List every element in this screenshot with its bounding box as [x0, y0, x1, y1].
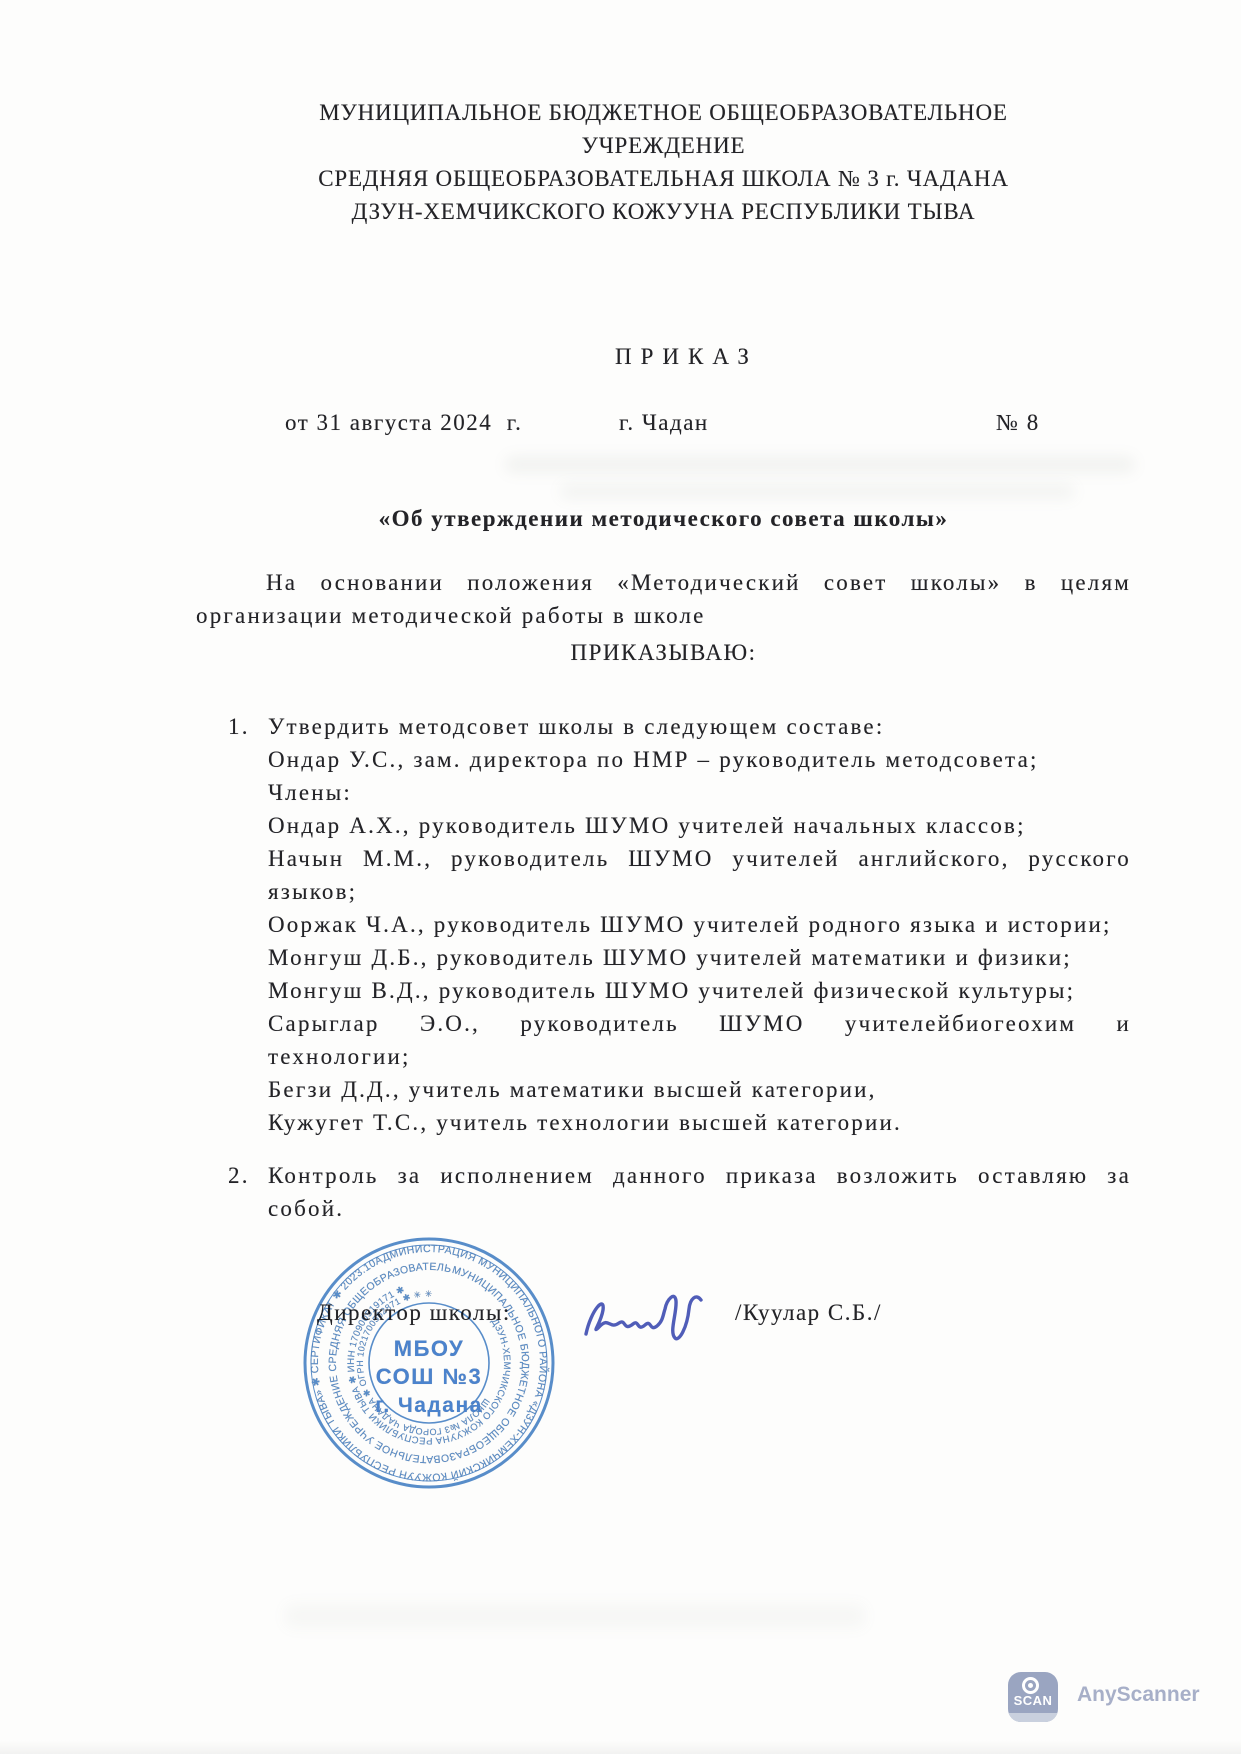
- scan-bleed-artifact: [560, 484, 1075, 499]
- scan-bleed-artifact: [285, 1604, 865, 1628]
- order-item-line: Члены:: [268, 776, 1131, 809]
- organization-header-line: СРЕДНЯЯ ОБЩЕОБРАЗОВАТЕЛЬНАЯ ШКОЛА № 3 г.…: [196, 162, 1131, 195]
- signature-name: /Куулар С.Б./: [735, 1300, 882, 1326]
- scan-icon-strip: [1008, 1713, 1058, 1722]
- order-item-line: Ооржак Ч.А., руководитель ШУМО учителей …: [268, 908, 1131, 941]
- scan-shadow-bottom: [0, 1740, 1241, 1754]
- organization-header: МУНИЦИПАЛЬНОЕ БЮДЖЕТНОЕ ОБЩЕОБРАЗОВАТЕЛЬ…: [196, 96, 1131, 228]
- organization-header-line: УЧРЕЖДЕНИЕ: [196, 129, 1131, 162]
- anyscanner-watermark: SCAN AnyScanner: [1008, 1672, 1218, 1724]
- order-item-line: Утвердить методсовет школы в следующем с…: [268, 710, 1131, 743]
- order-item-line: технологии;: [268, 1040, 1131, 1073]
- order-item-2: 2. Контроль за исполнением данного прика…: [196, 1159, 1131, 1225]
- school-round-stamp: АДМИНИСТРАЦИЯ МУНИЦИПАЛЬНОГО РАЙОНА «ДЗУ…: [300, 1234, 558, 1492]
- handwritten-signature: [578, 1280, 708, 1355]
- order-number: № 8: [996, 406, 1040, 439]
- anyscanner-app-icon: SCAN: [1008, 1672, 1058, 1722]
- order-item-line: Контроль за исполнением данного приказа …: [268, 1159, 1131, 1192]
- order-item-line: Ондар У.С., зам. директора по НМР – руко…: [268, 743, 1131, 776]
- order-date: от 31 августа 2024 г.: [285, 406, 522, 439]
- camera-lens-dot: [1028, 1683, 1033, 1688]
- order-item-line: собой.: [268, 1192, 1131, 1225]
- order-item-line: Бегзи Д.Д., учитель математики высшей ка…: [268, 1073, 1131, 1106]
- organization-header-line: ДЗУН-ХЕМЧИКСКОГО КОЖУУНА РЕСПУБЛИКИ ТЫВА: [196, 195, 1131, 228]
- order-item-line: Монгуш В.Д., руководитель ШУМО учителей …: [268, 974, 1131, 1007]
- order-item-1: 1. Утвердить методсовет школы в следующе…: [196, 710, 1131, 1139]
- order-place: г. Чадан: [619, 406, 709, 439]
- order-heading: ПРИКАЗ: [196, 344, 1131, 370]
- order-meta-row: от 31 августа 2024 г. г. Чадан № 8: [196, 406, 1131, 439]
- resolution-heading: ПРИКАЗЫВАЮ:: [196, 640, 1131, 666]
- order-items: 1. Утвердить методсовет школы в следующе…: [196, 710, 1131, 1225]
- order-item-line: Сарыглар Э.О., руководитель ШУМО учителе…: [268, 1007, 1131, 1040]
- preamble-line: организации методической работы в школе: [196, 599, 1131, 632]
- order-item-line: Начын М.М., руководитель ШУМО учителей а…: [268, 842, 1131, 875]
- item-number: 2.: [228, 1159, 250, 1192]
- stamp-outer-border: [305, 1239, 553, 1487]
- organization-header-line: МУНИЦИПАЛЬНОЕ БЮДЖЕТНОЕ ОБЩЕОБРАЗОВАТЕЛЬ…: [196, 96, 1131, 129]
- stamp-center-line: г. Чадана: [375, 1394, 483, 1417]
- preamble-line: На основании положения «Методический сов…: [196, 566, 1131, 599]
- scanned-order-page: МУНИЦИПАЛЬНОЕ БЮДЖЕТНОЕ ОБЩЕОБРАЗОВАТЕЛЬ…: [0, 0, 1241, 1754]
- stamp-center-line: СОШ №3: [376, 1364, 482, 1389]
- order-item-line: Монгуш Д.Б., руководитель ШУМО учителей …: [268, 941, 1131, 974]
- scan-bleed-artifact: [505, 456, 1135, 473]
- camera-lens-icon: [1022, 1677, 1039, 1694]
- scan-icon-label: SCAN: [1008, 1693, 1058, 1708]
- order-item-line: Ондар А.Х., руководитель ШУМО учителей н…: [268, 809, 1131, 842]
- item-number: 1.: [228, 710, 250, 743]
- stamp-center-line: МБОУ: [394, 1336, 464, 1361]
- order-item-line: Кужугет Т.С., учитель технологии высшей …: [268, 1106, 1131, 1139]
- order-subject: «Об утверждении методического совета шко…: [196, 506, 1131, 532]
- anyscanner-label: AnyScanner: [1077, 1683, 1200, 1707]
- order-preamble: На основании положения «Методический сов…: [196, 566, 1131, 632]
- order-item-line: языков;: [268, 875, 1131, 908]
